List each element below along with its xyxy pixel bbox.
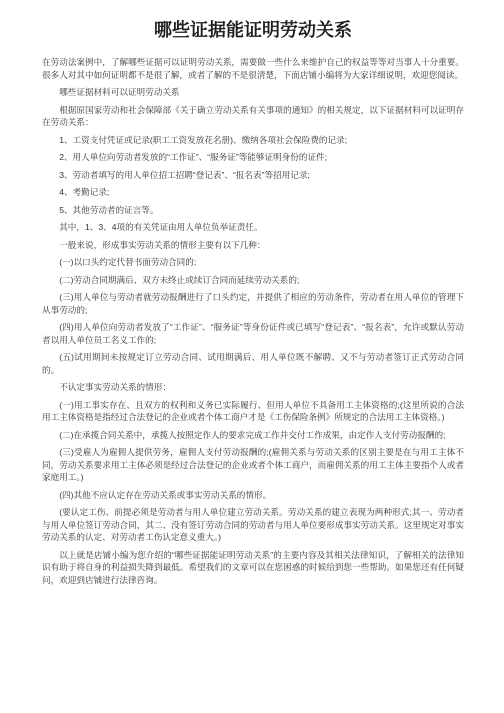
- section-heading-not-recognized: 不认定事实劳动关系的情形：: [42, 381, 464, 394]
- article-page: 哪些证据能证明劳动关系 在劳动法案例中，了解哪些证据可以证明劳动关系，需要做一些…: [0, 0, 504, 713]
- not-recognized-item-3: (三)受雇人为雇佣人提供劳务，雇佣人支付劳动报酬的;(雇佣关系与劳动关系的区别主…: [42, 446, 464, 484]
- paragraph-conclusion: 以上就是店铺小编为您介绍的“哪些证据能证明劳动关系”的主要内容及其相关法律知识，…: [42, 549, 464, 587]
- not-recognized-item-1: (一)用工事实存在、且双方的权利和义务已实际履行、但用人单位不具备用工主体资格的…: [42, 399, 464, 424]
- defacto-item-2: (二)劳动合同期满后、双方未终止或续订合同而延续劳动关系的;: [42, 274, 464, 287]
- paragraph-legal-basis: 根据原国家劳动和社会保障部《关于确立劳动关系有关事项的通知》的相关规定，以下证据…: [42, 104, 464, 129]
- defacto-item-4: (四)用人单位向劳动者发放了“工作证”、“服务证”等身份证件或已填写“登记表”、…: [42, 321, 464, 346]
- evidence-list-item-4: 4、考勤记录;: [42, 186, 464, 199]
- defacto-item-3: (三)用人单位与劳动者就劳动报酬进行了口头约定，并提供了相应的劳动条件，劳动者在…: [42, 291, 464, 316]
- not-recognized-item-4: (四)其他不应认定存在劳动关系或事实劳动关系的情形。: [42, 489, 464, 502]
- paragraph-defacto-intro: 一般来说，形成事实劳动关系的情形主要有以下几种：: [42, 239, 464, 252]
- paragraph-work-injury-note: (要认定工伤、前提必须是劳动者与用人单位建立劳动关系。劳动关系的建立表现为两种形…: [42, 506, 464, 544]
- evidence-list-item-5: 5、其他劳动者的证言等。: [42, 204, 464, 217]
- paragraph-burden-of-proof: 其中，1、3、4项的有关凭证由用人单位负举证责任。: [42, 221, 464, 234]
- defacto-item-5: (五)试用期间未按规定订立劳动合同、试用期满后、用人单位既不解聘、又不与劳动者签…: [42, 351, 464, 376]
- section-heading-evidence-materials: 哪些证据材料可以证明劳动关系: [42, 86, 464, 99]
- paragraph-intro: 在劳动法案例中，了解哪些证据可以证明劳动关系，需要做一些什么来维护自己的权益等等…: [42, 56, 464, 81]
- not-recognized-item-2: (二)在承揽合同关系中，承揽人按照定作人的要求完成工作并交付工作成果，由定作人支…: [42, 429, 464, 442]
- evidence-list-item-2: 2、用人单位向劳动者发放的“工作证”、“服务证”等能够证明身份的证件;: [42, 151, 464, 164]
- article-body: 在劳动法案例中，了解哪些证据可以证明劳动关系，需要做一些什么来维护自己的权益等等…: [42, 56, 464, 586]
- article-title: 哪些证据能证明劳动关系: [42, 18, 464, 43]
- evidence-list-item-1: 1、工资支付凭证或记录(职工工资发放花名册)、缴纳各项社会保险费的记录;: [42, 134, 464, 147]
- evidence-list-item-3: 3、劳动者填写的用人单位招工招聘“登记表”、“报名表”等招用记录;: [42, 169, 464, 182]
- defacto-item-1: (一)以口头约定代替书面劳动合同的;: [42, 256, 464, 269]
